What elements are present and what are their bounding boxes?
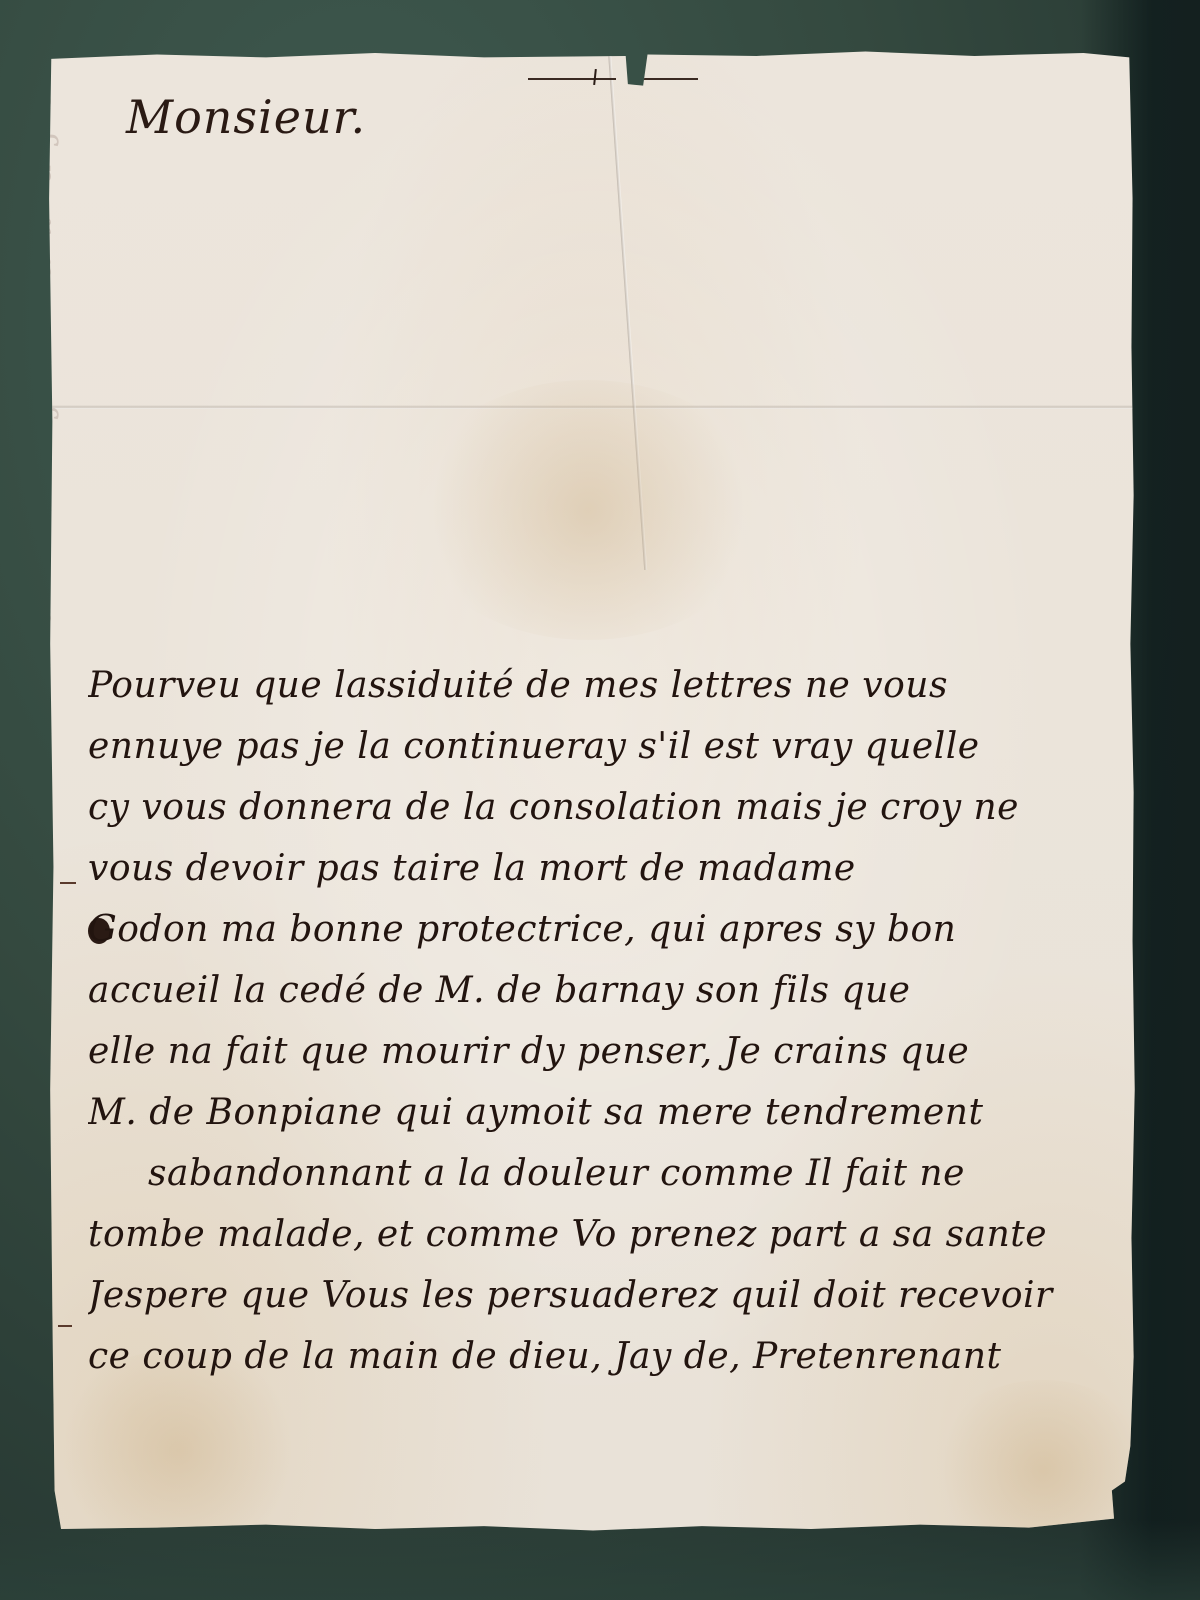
water-stain xyxy=(408,380,768,640)
top-mark-line xyxy=(528,78,616,80)
text-line: M. de Bonpiane qui aymoit sa mere tendre… xyxy=(88,1082,1128,1143)
letter-page: ǝ ʃ ɐ ɤ ɒ ɐ ɕ ʃ ɐ ɒ ɕ ǝ ɐ Monsieur. Pour… xyxy=(48,50,1138,1535)
text-line: accueil la cedé de M. de barnay son fils… xyxy=(88,960,1128,1021)
mount-shadow-bottom xyxy=(0,1520,1200,1600)
salutation: Monsieur. xyxy=(126,90,366,144)
text-line: sabandonnant a la douleur comme Il fait … xyxy=(88,1143,1128,1204)
top-mark-line xyxy=(628,78,698,80)
text-line: ce coup de la main de dieu, Jay de, Pret… xyxy=(88,1326,1128,1387)
top-cross-mark xyxy=(528,68,718,88)
margin-mark xyxy=(60,882,76,884)
text-line: cy vous donnera de la consolation mais j… xyxy=(88,777,1128,838)
text-line: Jespere que Vous les persuaderez quil do… xyxy=(88,1265,1128,1326)
text-line: tombe malade, et comme Vo prenez part a … xyxy=(88,1204,1128,1265)
cross-icon xyxy=(593,69,597,85)
text-line: Godon ma bonne protectrice, qui apres sy… xyxy=(88,899,1128,960)
text-line: vous devoir pas taire la mort de madame xyxy=(88,838,1128,899)
letter-body: Pourveu que lassiduité de mes lettres ne… xyxy=(88,655,1128,1387)
margin-mark xyxy=(58,1325,72,1327)
text-line: Pourveu que lassiduité de mes lettres ne… xyxy=(88,655,1128,716)
text-line: elle na fait que mourir dy penser, Je cr… xyxy=(88,1021,1128,1082)
bleed-through-text: ǝ ʃ ɐ ɤ ɒ ɐ ɕ ʃ ɐ ɒ ɕ ǝ ɐ xyxy=(10,90,78,130)
text-line: ennuye pas je la continueray s'il est vr… xyxy=(88,716,1128,777)
